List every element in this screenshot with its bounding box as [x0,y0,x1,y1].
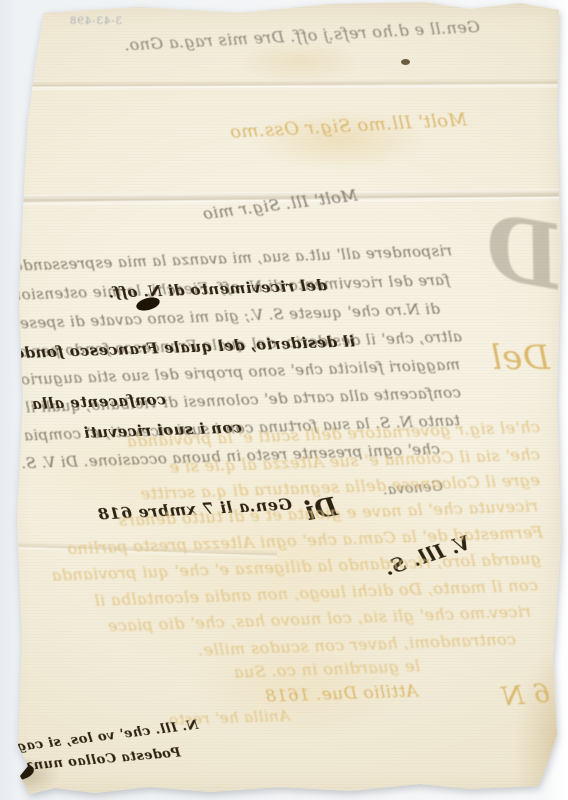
handwriting-line: le guardino in co. Sua [150,656,420,684]
handwriting-line: Molt' Ill. Sig.r mio [168,185,359,227]
manuscript-paper: 3-43-498Gen.ll e d.ho refs.j off. Dre mi… [0,0,568,800]
handwriting-line: di N.ro che' queste S. V.; gia mi sono c… [20,300,440,333]
handwriting-line: contrandomi, haver con scudos mille. [86,630,516,664]
handwriting-layer: 3-43-498Gen.ll e d.ho refs.j off. Dre mi… [0,0,568,800]
ink-blot [401,59,410,65]
handwriting-line: 3-43-498 [34,16,122,27]
handwriting-line: Gen.ll e d.ho refs.j off. Dre mis rag.a … [95,17,480,56]
scanner-bed: 3-43-498Gen.ll e d.ho refs.j off. Dre mi… [0,0,568,800]
ink-blot [3,762,35,783]
handwriting-line: rispondere all' ult.a sua, mi avanza la … [22,242,452,275]
handwriting-line: maggiori felicita che' sono proprie del … [20,355,460,388]
handwriting-line: 6 N [469,679,551,716]
handwriting-line: Del [440,338,550,378]
handwriting-line: D [454,190,568,310]
paper-shadow: 3-43-498Gen.ll e d.ho refs.j off. Dre mi… [0,0,568,800]
handwriting-line: Molt' Ill.mo Sig.r Oss.mo [252,109,468,141]
handwriting-line: il desiderio, del quale Francesco fondo [90,332,355,359]
